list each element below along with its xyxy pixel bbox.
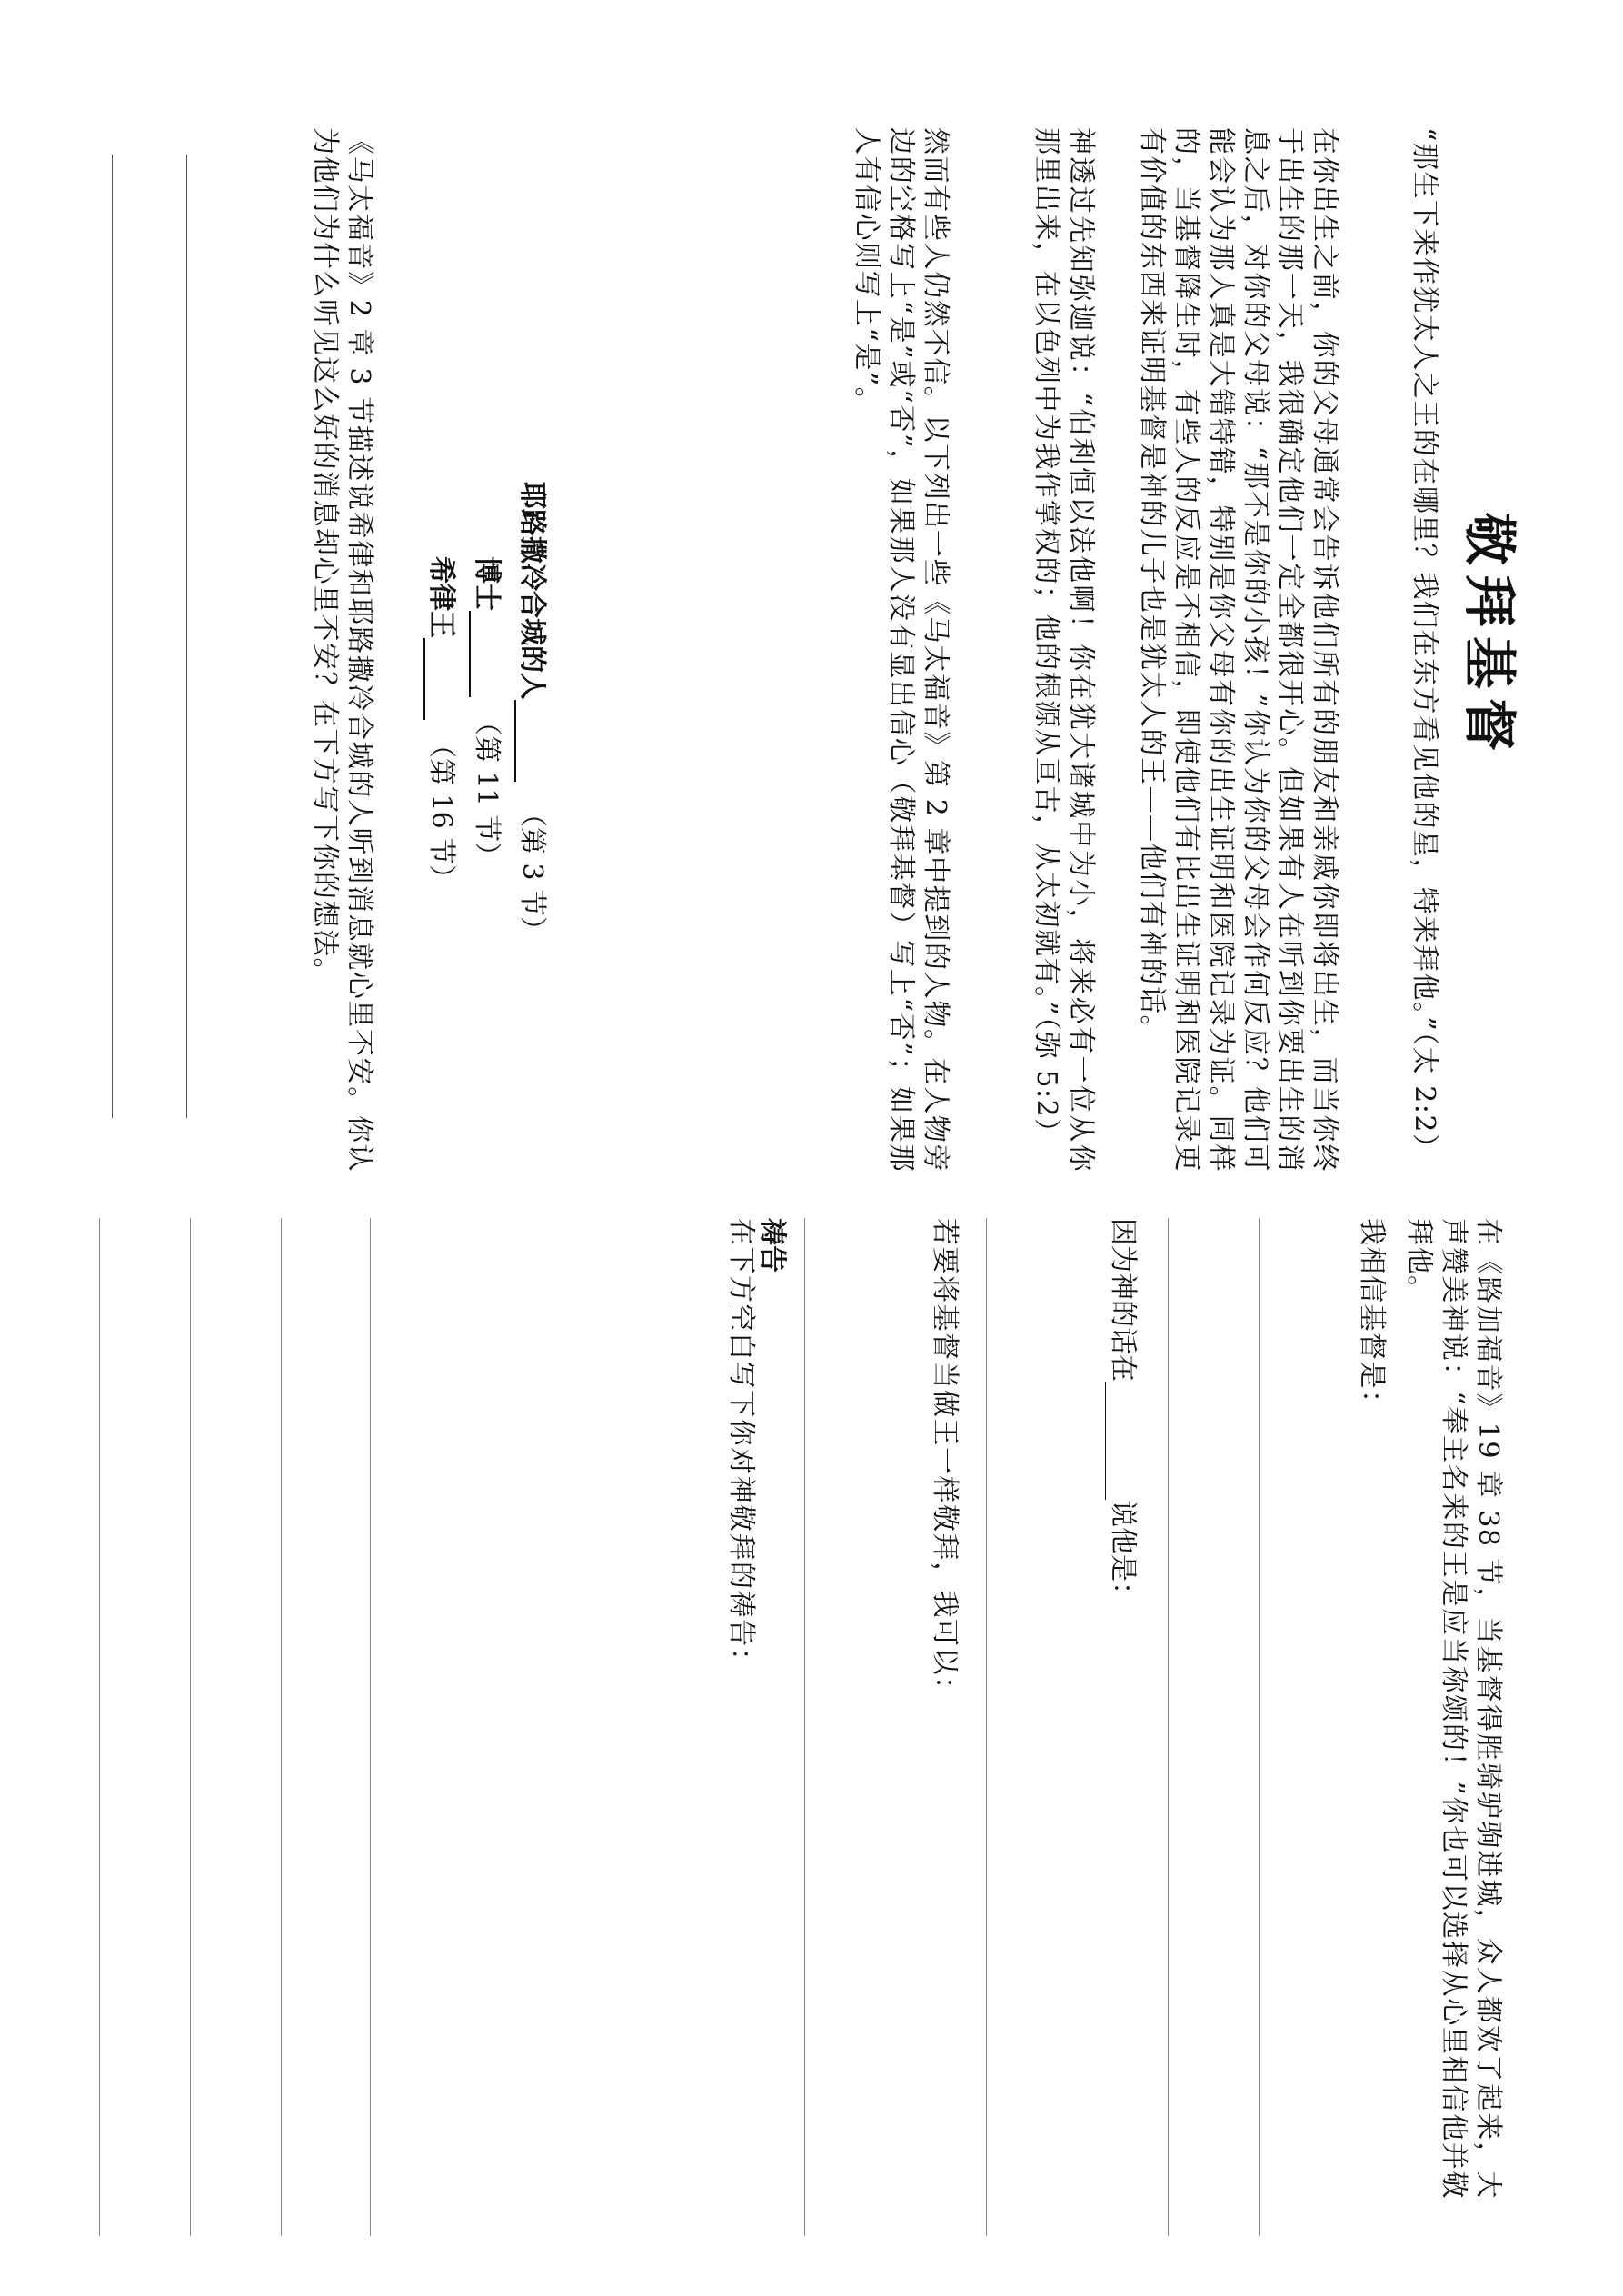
writing-line[interactable] [190, 1218, 191, 2236]
fill-in-row-jerusalem: 耶路撒冷合城的人（第 3 节） [514, 482, 549, 943]
writing-line[interactable] [986, 1218, 987, 2236]
writing-line[interactable] [99, 1218, 100, 2236]
paragraph-prophecy: 神透过先知弥迦说：“伯利恒以法他啊！你在犹大诸城中为小，将来必有一位从你那里出来… [1029, 127, 1098, 1173]
luke-paragraph: 在《路加福音》19 章 38 节，当基督得胜骑驴驹进城，众人都欢了起来，大声赞美… [1401, 1218, 1505, 2200]
word-prompt-before: 因为神的话在 [1107, 1218, 1139, 1382]
fill-in-row-herod: 希律王（第 16 节） [423, 556, 458, 892]
writing-line[interactable] [370, 1218, 371, 2236]
believe-prompt: 我相信基督是： [1354, 1218, 1389, 2200]
fill-in-label: 博士 [471, 556, 503, 611]
word-prompt: 因为神的话在说他是： [1105, 1218, 1140, 1609]
fill-in-label: 希律王 [425, 556, 457, 638]
prayer-heading: 祷告 [754, 1218, 789, 1273]
writing-line[interactable] [804, 1218, 805, 2236]
fill-in-row-magi: 博士（第 11 节） [469, 556, 503, 869]
writing-line[interactable] [112, 155, 113, 1118]
question-paragraph: 《马太福音》2 章 3 节描述说希律和耶路撒冷合城的人听到消息就心里不安。你认为… [307, 127, 376, 1173]
verse-reference: （第 16 节） [425, 731, 457, 892]
verse-reference: （第 11 节） [471, 708, 503, 869]
answer-blank-jerusalem[interactable] [514, 700, 543, 782]
paragraph-birth: 在你出生之前，你的父母通常会告诉他们所有的朋友和亲戚你即将出生，而当你终于出生的… [1134, 127, 1341, 1173]
answer-blank-magi[interactable] [469, 611, 498, 697]
writing-line[interactable] [1259, 1218, 1260, 2236]
word-prompt-after: 说他是： [1107, 1500, 1139, 1609]
worksheet-page: 敬拜基督 “那生下来作犹太人之王的在哪里？我们在东方看见他的星，特来拜他。”（太… [0, 0, 1623, 2296]
fill-in-label: 耶路撒冷合城的人 [516, 482, 548, 700]
page-title: 敬拜基督 [1456, 509, 1532, 764]
scripture-blank[interactable] [1105, 1382, 1133, 1500]
opening-scripture-quote: “那生下来作犹太人之王的在哪里？我们在东方看见他的星，特来拜他。”（太 2:2） [1407, 127, 1441, 1173]
paragraph-instructions: 然而有些人仍然不信。以下列出一些《马太福音》第 2 章中提到的人物。在人物旁边的… [849, 127, 952, 1173]
prayer-prompt: 在下方空白写下你对神敬拜的祷告： [723, 1218, 758, 2200]
writing-line[interactable] [1168, 1218, 1169, 2236]
writing-line[interactable] [186, 155, 187, 1118]
answer-blank-herod[interactable] [423, 638, 453, 720]
worship-prompt: 若要将基督当做王一样敬拜，我可以： [927, 1218, 961, 2200]
writing-line[interactable] [281, 1218, 282, 2236]
verse-reference: （第 3 节） [516, 800, 548, 943]
